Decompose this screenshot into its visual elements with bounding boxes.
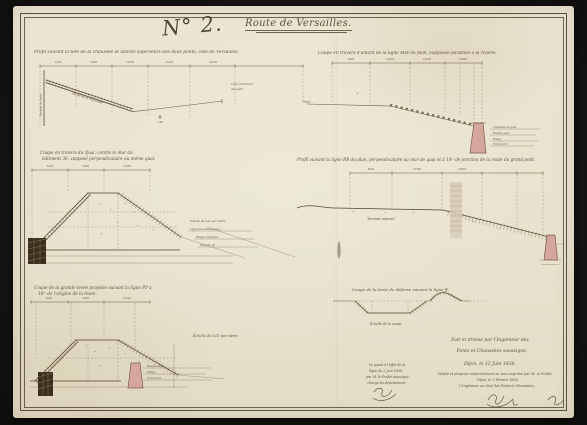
drawing-ditch-bottom-center: Coupe de la levée de défense suivant la …: [330, 282, 530, 334]
dashed-ground: [355, 301, 488, 313]
svg-text:24,00: 24,00: [208, 60, 217, 64]
level-labels: Chaussée du quai Hautes eaux Étiage Fond…: [492, 125, 516, 146]
scale-note: Échelle de la coupe: [369, 321, 402, 326]
svg-text:8,00: 8,00: [368, 167, 374, 171]
quay-wall: [470, 123, 486, 153]
svg-text:Chaussée du quai: Chaussée du quai: [493, 125, 516, 129]
svg-text:12,00: 12,00: [126, 60, 134, 64]
drawing-levee-bottom-left: Coupe de la grande levée projetée suivan…: [28, 280, 304, 412]
dashed-guides: [350, 174, 543, 236]
caption-line1: Coupe en travers du Quai, contre le mur …: [40, 150, 133, 155]
engineer-signature: [487, 395, 518, 407]
side-note-line1: Côté extérieur: [231, 81, 254, 86]
dashed-guides: [36, 303, 176, 381]
svg-text:8,00: 8,00: [91, 60, 97, 64]
prefect-note: Vu quant à l'effet de la ligne du 2 Juin…: [366, 363, 410, 385]
tick-labels: 6,00 8,00 10,00: [47, 164, 131, 168]
svg-text:Étiage ordinaire: Étiage ordinaire: [195, 234, 219, 239]
dashed-guides: [32, 171, 178, 250]
signature-block: Fait et dressé par l'Ingénieur des Ponts…: [340, 330, 572, 418]
measure-line: [40, 65, 303, 68]
slope-hatching: [36, 194, 182, 249]
drawing-profile-middle-right: Profil suivant la ligne RR du plan, perp…: [292, 152, 568, 282]
svg-text:Étiage: Étiage: [492, 136, 502, 141]
drawing-embankment-middle-left: Coupe en travers du Quai, contre le mur …: [28, 146, 304, 282]
measure-line: [31, 301, 150, 304]
slope-hatching: [448, 213, 548, 238]
stepped-revetment: [390, 105, 478, 126]
parapet-label: Parapet du pont: [39, 93, 43, 117]
caption: Coupe en travers d'amont de la ligne MM …: [318, 51, 497, 56]
svg-text:10,00: 10,00: [123, 296, 131, 300]
levee-wall: [128, 363, 143, 388]
tick-labels: 8,00 12,00 16,00: [368, 167, 466, 171]
svg-text:Fond du lit: Fond du lit: [146, 376, 162, 380]
etiage-label: Étiage: [301, 99, 311, 104]
caption-line2: bâtiment 36, supposé perpendiculaire au …: [42, 156, 155, 161]
svg-text:12,00: 12,00: [413, 167, 421, 171]
masonry-block: [38, 372, 53, 396]
plus-mark: +: [356, 91, 359, 95]
riverbank-slope: [181, 227, 295, 258]
sub-base-lines: [28, 256, 233, 263]
tick-labels: 6,00 8,00 10,00: [46, 296, 131, 300]
side-note-line2: du pont: [231, 87, 243, 91]
dashed-guides: [332, 64, 482, 124]
svg-text:16,00: 16,00: [165, 60, 173, 64]
svg-text:Fond du lit: Fond du lit: [492, 142, 508, 146]
svg-text:16,00: 16,00: [458, 167, 466, 171]
prefect-line3: par M. le Préfet soussigné,: [366, 375, 410, 379]
borehole-band: [450, 182, 462, 238]
svg-text:Hautes eaux: Hautes eaux: [146, 364, 164, 368]
svg-text:8,00: 8,00: [83, 164, 89, 168]
tick-labels: 4,00 8,00 12,00 16,00 24,00: [54, 60, 217, 64]
svg-text:Étiage: Étiage: [146, 369, 156, 374]
attestation-line1: Fait et dressé par l'Ingénieur des: [450, 336, 529, 343]
prefect-line2: ligne du 2 Juin 1838,: [369, 369, 403, 373]
water-line: [307, 104, 390, 106]
embankment-outline: [35, 193, 181, 249]
ground-line: [133, 99, 222, 112]
svg-text:Hautes eaux: Hautes eaux: [492, 131, 510, 135]
masonry-block: [28, 238, 46, 264]
crease-smudge: [337, 242, 340, 259]
drawing-profile-top-left: Profil suivant la tête de la chaussée et…: [30, 44, 310, 148]
svg-text:14,00: 14,00: [423, 57, 431, 61]
level-labels: Hautes eaux Étiage Fond du lit: [146, 364, 164, 380]
svg-text:8,00: 8,00: [83, 296, 89, 300]
measure-line: [350, 172, 543, 175]
svg-text:Fond du lit: Fond du lit: [199, 243, 216, 247]
caption-line1: Coupe de la grande levée projetée suivan…: [34, 285, 152, 290]
verification-date: Dijon, le 2 Février 1838.: [476, 378, 519, 382]
terrain-profile: [297, 206, 553, 238]
svg-text:6,00: 6,00: [348, 57, 354, 61]
prefect-signature: [373, 388, 396, 400]
mound-hatching: [431, 293, 461, 301]
prefect-line4: chargé du département,: [367, 381, 406, 385]
caption: Profil suivant la ligne RR du plan, perp…: [296, 157, 535, 162]
chief-engineer-line: L'Ingénieur en chef des Ponts et Chaussé…: [458, 384, 535, 388]
measure-line: [32, 169, 150, 172]
annotations: Échelle de 0,01 par mètre Ligne des haut…: [189, 218, 226, 247]
svg-text:Échelle de 0,01 par mètre: Échelle de 0,01 par mètre: [189, 218, 226, 223]
page-title: Route de Versailles.: [245, 18, 352, 31]
datum-cross: [158, 115, 162, 119]
terrain-label: Terrain naturel: [367, 217, 395, 221]
caption: Profil suivant la tête de la chaussée et…: [33, 50, 239, 55]
svg-text:6,00: 6,00: [46, 296, 52, 300]
drawing-section-top-right: Coupe en travers d'amont de la ligne MM …: [300, 44, 564, 160]
measure-line: [332, 62, 482, 65]
paraph-flourish: [548, 396, 564, 404]
caption: Coupe de la levée de défense suivant la …: [352, 287, 449, 292]
scale-note: Échelle de 0,01 par mètre: [192, 333, 238, 338]
svg-text:4,00: 4,00: [54, 60, 61, 64]
sub-base-line: [30, 344, 225, 388]
prefect-line1: Vu quant à l'effet de la: [369, 363, 406, 367]
attestation-line2: Ponts et Chaussées soussigné,: [456, 347, 528, 354]
svg-text:Ligne des hautes eaux: Ligne des hautes eaux: [189, 227, 221, 231]
annotation-leaders: [188, 231, 258, 247]
svg-text:10,00: 10,00: [386, 57, 394, 61]
attestation-date: Dijon, le 12 Juin 1838.: [463, 361, 517, 367]
grass-tufts: [98, 203, 155, 234]
photograph-of-plan: N° 2. Route de Versailles. Profil suivan…: [0, 0, 587, 425]
revetment-line: [390, 106, 478, 127]
slope-hatching: [36, 341, 179, 382]
verification-line: Vérifié et proposé conformément au vœu e…: [438, 372, 553, 376]
tick-labels: 6,00 10,00 14,00 18,00: [348, 57, 467, 61]
svg-text:18,00: 18,00: [459, 57, 467, 61]
svg-text:6,00: 6,00: [47, 164, 53, 168]
point-label: 2,50: [156, 121, 163, 124]
svg-text:10,00: 10,00: [123, 164, 131, 168]
engineer-attestation: Fait et dressé par l'Ingénieur des Ponts…: [438, 336, 553, 388]
